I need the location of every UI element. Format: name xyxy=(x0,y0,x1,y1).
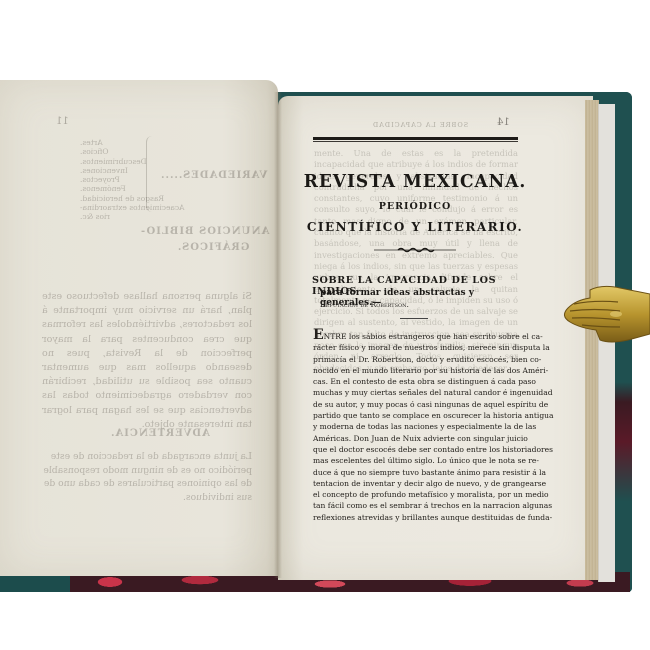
short-divider xyxy=(400,318,428,319)
bleed-list-item: Acaecimientos extraordina- xyxy=(80,203,185,212)
body-line: el concepto de profundo metafísico y mor… xyxy=(313,489,519,500)
bleed-section-anuncios: ANUNCIOS BIBLIO- GRÁFICOS. xyxy=(140,224,269,256)
bleed-through-paragraph-2: La junta encargada de la redaccion de es… xyxy=(42,450,252,504)
body-line: Américas. Don Juan de Nuix advierte con … xyxy=(313,433,519,444)
body-line: nocido en el mundo literario por su hist… xyxy=(313,365,519,376)
body-line: primacía el Dr. Robertson, docto y erudi… xyxy=(313,354,519,365)
body-line: cas. En el contesto de esta obra se dist… xyxy=(313,376,519,387)
gold-hand-clasp-icon xyxy=(560,284,650,344)
body-line-text: NTRE los sábios estrangeros que han escr… xyxy=(324,332,543,341)
article-reference: Refutacion de Robertson. xyxy=(320,300,409,309)
bleed-list-item: Artes. xyxy=(80,138,185,147)
brace-icon xyxy=(146,136,153,212)
running-head: SOBRE LA CAPACIDAD xyxy=(372,121,468,129)
bleed-section-variedades: VARIEDADES..... xyxy=(160,170,267,181)
right-page-number: 14 xyxy=(497,117,510,128)
masthead-thick-rule xyxy=(313,137,518,140)
masthead-title: REVISTA MEXICANA. xyxy=(300,172,530,193)
article-body: ENTRE los sábios estrangeros que han esc… xyxy=(313,330,519,523)
body-line: que el doctor escocés debe ser contado e… xyxy=(313,444,519,455)
left-page-number: 11 xyxy=(56,116,69,127)
body-line: mas escelentes del último siglo. Lo únic… xyxy=(313,455,519,466)
bleed-list-item: Descubrimientos. xyxy=(80,157,185,166)
body-line: muchas y muy ciertas señales del natural… xyxy=(313,387,519,398)
bleed-heading-advertencia: ADVERTENCIA. xyxy=(110,428,210,439)
open-book-photo: 11 Artes. Oficios. Descubrimientos. Inve… xyxy=(0,0,650,650)
ornament-divider-icon xyxy=(374,247,456,253)
bleed-section-line: GRÁFICOS. xyxy=(140,240,269,256)
bleed-section-line: ANUNCIOS BIBLIO- xyxy=(140,224,269,240)
bleed-list-item: Oficios. xyxy=(80,147,185,156)
drop-cap: E xyxy=(313,327,324,343)
bleed-through-paragraph: Si alguna persona hallase defectuoso est… xyxy=(42,290,252,432)
body-line: rácter físico y moral de nuestros indios… xyxy=(313,342,519,353)
body-line: reflexiones atrevidas y brillantes aunqu… xyxy=(313,512,519,523)
body-line: y moderna de todas las naciones y especi… xyxy=(313,421,519,432)
book-gutter xyxy=(274,92,282,578)
body-line: partido que tanto se complace en oscurec… xyxy=(313,410,519,421)
masthead-thin-rule xyxy=(313,141,518,142)
masthead-subtitle-periodico: PERIÓDICO xyxy=(300,201,530,212)
bleed-list-item: Fenómenos. xyxy=(80,184,185,193)
body-line: duce á que no siempre tuvo bastante ánim… xyxy=(313,467,519,478)
bleed-list-item: rios &c. xyxy=(80,212,185,221)
body-line: tentacion de inventar y decir algo de nu… xyxy=(313,478,519,489)
bleed-list-item: Rasgos de heroicidad. xyxy=(80,194,185,203)
body-line: ENTRE los sábios estrangeros que han esc… xyxy=(313,330,519,342)
masthead-subtitle-cientifico: CIENTÍFICO Y LITERARIO. xyxy=(300,220,530,234)
body-line: tan fácil como es el sembrar á trechos e… xyxy=(313,500,519,511)
body-line: de su autor, y muy pocas ó casi ningunas… xyxy=(313,399,519,410)
